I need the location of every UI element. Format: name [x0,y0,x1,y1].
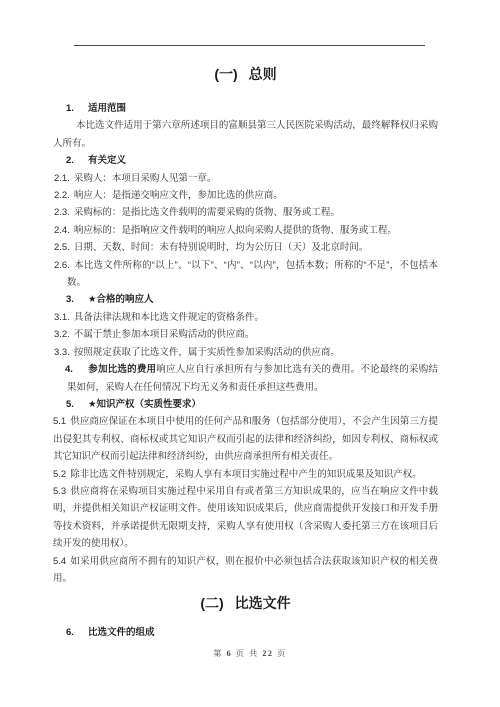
section-heading: 2.有关定义 [53,152,438,169]
footer-page-current: 6 [227,649,233,658]
list-item: 3.3.按照规定获取了比选文件，属于实质性参加采购活动的供应商。 [53,344,438,361]
list-item: 2.1.采购人：本项目采购人见第一章。 [53,170,438,187]
item-text: 不属于禁止参加本项目采购活动的供应商。 [74,329,255,340]
footer-of-label: 共 [249,649,259,658]
section-title: 比选文件的组成 [88,627,155,638]
paragraph-number: 5.2 [53,469,66,480]
paragraph-text: 供应商应保证在本项目中使用的任何产品和服务（包括部分使用），不会产生因第三方提出… [53,416,438,462]
section-heading: 5.★知识产权（实质性要求） [53,396,438,413]
item-text: 响应标的：是指响应文件载明的响应人拟向采购人提供的货物、服务或工程。 [74,225,397,236]
item-text: 响应人：是指递交响应文件，参加比选的供应商。 [74,190,283,201]
paragraph-number: 5.4 [53,556,66,567]
section-number: 5. [66,396,88,413]
item-text: 按照规定获取了比选文件，属于实质性参加采购活动的供应商。 [74,347,340,358]
footer-page-total: 22 [262,649,273,658]
footer-total-label: 页 [277,649,287,658]
section-number: 1. [66,100,88,117]
list-item: 2.6.本比选文件所称的“以上”、“以下”、“内”、“以内”，包括本数；所称的“… [53,257,438,292]
numbered-paragraph: 5.1供应商应保证在本项目中使用的任何产品和服务（包括部分使用），不会产生因第三… [53,413,438,465]
paragraph-text: 供应商将在采购项目实施过程中采用自有或者第三方知识成果的，应当在响应文件中载明，… [53,486,438,549]
item-number: 2.2. [54,190,70,201]
section-title: ★知识产权（实质性要求） [88,399,201,410]
item-number: 2.3. [54,207,70,218]
section-title: ★合格的响应人 [88,294,154,305]
section-number: 2. [66,152,88,169]
list-item: 2.4.响应标的：是指响应文件载明的响应人拟向采购人提供的货物、服务或工程。 [53,222,438,239]
page-footer: 第 6 页 共 22 页 [0,648,500,659]
item-text: 采购人：本项目采购人见第一章。 [74,173,217,184]
numbered-paragraph: 5.3供应商将在采购项目实施过程中采用自有或者第三方知识成果的，应当在响应文件中… [53,483,438,553]
section-heading: 1.适用范围 [53,100,438,117]
chapter-number: (一) [214,66,237,82]
footer-page-prefix: 第 [213,649,223,658]
chapter-title: (一)总则 [53,64,438,84]
footer-page-label: 页 [236,649,246,658]
item-text: 日期、天数、时间：未有特别说明时，均为公历日（天）及北京时间。 [74,242,369,253]
item-number: 3.3. [54,347,70,358]
list-item: 2.3.采购标的：是指比选文件载明的需要采购的货物、服务或工程。 [53,204,438,221]
paragraph-text: 如采用供应商所不拥有的知识产权，则在报价中必须包括合法获取该知识产权的相关费用。 [53,556,438,584]
chapter-title: (二)比选文件 [53,593,438,613]
item-number: 3.1. [54,312,70,323]
section-number: 3. [66,291,88,308]
paragraph: 本比选文件适用于第六章所述项目的富顺县第三人民医院采购活动，最终解释权归采购人所… [53,117,438,152]
chapter-text: 比选文件 [235,595,291,611]
list-item: 3.2.不属于禁止参加本项目采购活动的供应商。 [53,326,438,343]
paragraph-number: 5.3 [53,486,66,497]
numbered-paragraph: 5.2除非比选文件特别规定，采购人享有本项目实施过程中产生的知识成果及知识产权。 [53,466,438,483]
item-number: 2.5. [54,242,70,253]
numbered-paragraph: 5.4如采用供应商所不拥有的知识产权，则在报价中必须包括合法获取该知识产权的相关… [53,553,438,588]
item-text: 具备法律法规和本比选文件规定的资格条件。 [74,312,264,323]
list-item: 2.2.响应人：是指递交响应文件，参加比选的供应商。 [53,187,438,204]
section-heading: 6.比选文件的组成 [53,624,438,641]
item-number: 2.1. [54,173,70,184]
item-text: 采购标的：是指比选文件载明的需要采购的货物、服务或工程。 [74,207,340,218]
item-number: 3.2. [54,329,70,340]
section-heading: 3.★合格的响应人 [53,291,438,308]
section-number: 4. [66,361,88,378]
document-content: (一)总则1.适用范围本比选文件适用于第六章所述项目的富顺县第三人民医院采购活动… [53,0,438,642]
section-title: 参加比选的费用 [88,364,156,375]
chapter-number: (二) [200,595,223,611]
document-page: (一)总则1.适用范围本比选文件适用于第六章所述项目的富顺县第三人民医院采购活动… [0,0,500,707]
item-number: 2.4. [54,225,70,236]
section-title: 有关定义 [88,155,126,166]
list-item: 2.5.日期、天数、时间：未有特别说明时，均为公历日（天）及北京时间。 [53,239,438,256]
section-title: 适用范围 [88,103,126,114]
chapter-text: 总则 [249,66,277,82]
list-item: 3.1.具备法律法规和本比选文件规定的资格条件。 [53,309,438,326]
section-heading-paragraph: 4.参加比选的费用响应人应自行承担所有与参加比选有关的费用。不论最终的采购结果如… [53,361,438,396]
section-number: 6. [66,624,88,641]
item-number: 2.6. [54,260,70,271]
paragraph-number: 5.1 [53,416,66,427]
paragraph-text: 除非比选文件特别规定，采购人享有本项目实施过程中产生的知识成果及知识产权。 [70,469,422,480]
item-text: 本比选文件所称的“以上”、“以下”、“内”、“以内”，包括本数；所称的“不足”，… [67,260,438,288]
